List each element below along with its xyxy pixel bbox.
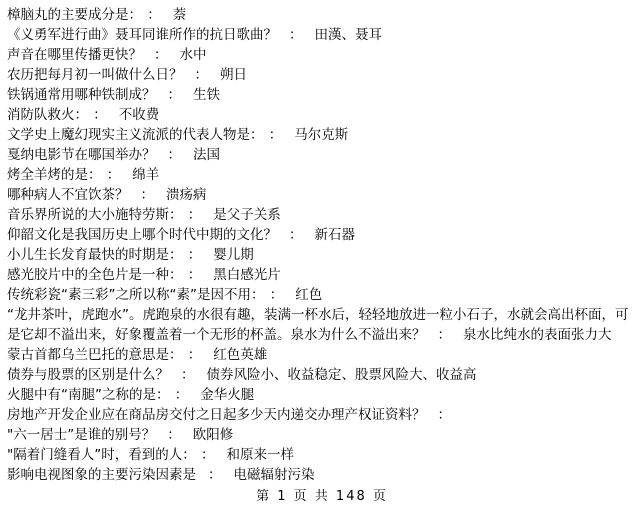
- qa-line: 哪种病人不宜饮茶？：溃疡病: [7, 185, 637, 205]
- qa-line: 小儿生长发育最快的时期是：：婴儿期: [7, 245, 637, 265]
- answer-text: 泉水比纯水的表面张力大: [463, 327, 612, 343]
- qa-line: “龙井茶叶，虎跑水”。虎跑泉的水很有趣，装满一杯水后，轻轻地放进一粒小石子，水就…: [7, 305, 637, 345]
- answer-text: 新石器: [315, 227, 356, 243]
- qa-separator: ：: [257, 127, 295, 143]
- question-text: 感光胶片中的全色片是一种：: [7, 267, 176, 283]
- qa-line: 烤全羊烤的是：：绵羊: [7, 165, 637, 185]
- question-text: 声音在哪里传播更快？: [7, 47, 142, 63]
- qa-line: 传统彩瓷“素三彩”之所以称“素”是因不用：：红色: [7, 285, 637, 305]
- qa-separator: ：: [163, 387, 201, 403]
- qa-separator: ：: [426, 327, 464, 343]
- question-text: 房地产开发企业应在商品房交付之日起多少天内递交办理产权证资料？: [7, 407, 426, 423]
- question-text: 樟脑丸的主要成分是：: [7, 7, 135, 23]
- question-text: 音乐界所说的大小施特劳斯：: [7, 207, 176, 223]
- answer-text: 电磁辐射污染: [234, 467, 315, 483]
- answer-text: 金华火腿: [200, 387, 254, 403]
- question-text: 火腿中有“南腿”之称的是：: [7, 387, 163, 403]
- qa-line: 农历把每月初一叫做什么日？：朔日: [7, 65, 637, 85]
- qa-line: 房地产开发企业应在商品房交付之日起多少天内递交办理产权证资料？：: [7, 405, 637, 425]
- qa-separator: ：: [277, 227, 315, 243]
- question-text: 哪种病人不宜饮茶？: [7, 187, 129, 203]
- answer-text: 婴儿期: [213, 247, 254, 263]
- question-text: 文学史上魔幻现实主义流派的代表人物是：: [7, 127, 257, 143]
- qa-line: "六一居士”是谁的别号？：欧阳修: [7, 425, 637, 445]
- document-page: 樟脑丸的主要成分是：：萘 《义勇军进行曲》聂耳同谁所作的抗日歌曲？：田漢、聂耳 …: [0, 0, 644, 508]
- qa-line: 蒙古首都乌兰巴托的意思是：：红色英雄: [7, 345, 637, 365]
- qa-separator: ：: [95, 167, 133, 183]
- answer-text: 生铁: [193, 87, 220, 103]
- answer-text: 水中: [180, 47, 207, 63]
- page-footer: 第 1 页 共 148 页: [7, 488, 637, 506]
- qa-line: 樟脑丸的主要成分是：：萘: [7, 5, 637, 25]
- qa-list: 樟脑丸的主要成分是：：萘 《义勇军进行曲》聂耳同谁所作的抗日歌曲？：田漢、聂耳 …: [7, 5, 637, 485]
- answer-text: 萘: [173, 7, 187, 23]
- answer-text: 红色英雄: [213, 347, 267, 363]
- question-text: 农历把每月初一叫做什么日？: [7, 67, 183, 83]
- qa-line: 铁锅通常用哪种铁制成？：生铁: [7, 85, 637, 105]
- qa-line: 音乐界所说的大小施特劳斯：：是父子关系: [7, 205, 637, 225]
- question-text: 蒙古首都乌兰巴托的意思是：: [7, 347, 176, 363]
- question-text: 传统彩瓷“素三彩”之所以称“素”是因不用：: [7, 287, 258, 303]
- question-text: 仰韶文化是我国历史上哪个时代中期的文化？: [7, 227, 277, 243]
- qa-line: 仰韶文化是我国历史上哪个时代中期的文化？：新石器: [7, 225, 637, 245]
- qa-separator: ：: [189, 447, 227, 463]
- qa-separator: ：: [156, 87, 194, 103]
- answer-text: 和原来一样: [226, 447, 294, 463]
- answer-text: 法国: [193, 147, 220, 163]
- question-text: "六一居士”是谁的别号？: [7, 427, 155, 443]
- qa-separator: ：: [277, 27, 315, 43]
- qa-separator: ：: [426, 407, 464, 423]
- qa-line: "隔着门缝看人”时，看到的人：：和原来一样: [7, 445, 637, 465]
- question-text: 《义勇军进行曲》聂耳同谁所作的抗日歌曲？: [7, 27, 277, 43]
- qa-separator: ：: [183, 67, 221, 83]
- page-number-label: 第 1 页 共 148 页: [256, 489, 388, 504]
- qa-line: 火腿中有“南腿”之称的是：：金华火腿: [7, 385, 637, 405]
- qa-line: 文学史上魔幻现实主义流派的代表人物是：：马尔克斯: [7, 125, 637, 145]
- qa-separator: ：: [176, 207, 214, 223]
- question-text: "隔着门缝看人”时，看到的人：: [7, 447, 189, 463]
- qa-line: 影响电视图象的主要污染因素是：电磁辐射污染: [7, 465, 637, 485]
- answer-text: 不收费: [119, 107, 160, 123]
- answer-text: 欧阳修: [193, 427, 234, 443]
- qa-line: 戛纳电影节在哪国举办？：法国: [7, 145, 637, 165]
- qa-separator: ：: [81, 107, 119, 123]
- question-text: 铁锅通常用哪种铁制成？: [7, 87, 156, 103]
- question-text: 消防队救火：: [7, 107, 81, 123]
- answer-text: 债券风险小、收益稳定、股票风险大、收益高: [207, 367, 477, 383]
- qa-separator: ：: [196, 467, 234, 483]
- qa-separator: ：: [142, 47, 180, 63]
- answer-text: 是父子关系: [213, 207, 281, 223]
- qa-line: 感光胶片中的全色片是一种：：黑白感光片: [7, 265, 637, 285]
- answer-text: 红色: [295, 287, 322, 303]
- qa-separator: ：: [169, 367, 207, 383]
- qa-separator: ：: [156, 147, 194, 163]
- question-text: 影响电视图象的主要污染因素是: [7, 467, 196, 483]
- question-text: 债券与股票的区别是什么？: [7, 367, 169, 383]
- qa-separator: ：: [176, 267, 214, 283]
- question-text: 小儿生长发育最快的时期是：: [7, 247, 176, 263]
- question-text: 烤全羊烤的是：: [7, 167, 95, 183]
- answer-text: 田漢、聂耳: [315, 27, 383, 43]
- answer-text: 朔日: [220, 67, 247, 83]
- question-text: 戛纳电影节在哪国举办？: [7, 147, 156, 163]
- qa-line: 声音在哪里传播更快？：水中: [7, 45, 637, 65]
- qa-line: 消防队救火：：不收费: [7, 105, 637, 125]
- qa-separator: ：: [176, 347, 214, 363]
- answer-text: 溃疡病: [166, 187, 207, 203]
- qa-separator: ：: [135, 7, 173, 23]
- answer-text: 马尔克斯: [294, 127, 348, 143]
- qa-separator: ：: [155, 427, 193, 443]
- qa-separator: ：: [176, 247, 214, 263]
- qa-line: 债券与股票的区别是什么？：债券风险小、收益稳定、股票风险大、收益高: [7, 365, 637, 385]
- qa-line: 《义勇军进行曲》聂耳同谁所作的抗日歌曲？：田漢、聂耳: [7, 25, 637, 45]
- answer-text: 黑白感光片: [213, 267, 281, 283]
- qa-separator: ：: [258, 287, 296, 303]
- answer-text: 绵羊: [132, 167, 159, 183]
- qa-separator: ：: [129, 187, 167, 203]
